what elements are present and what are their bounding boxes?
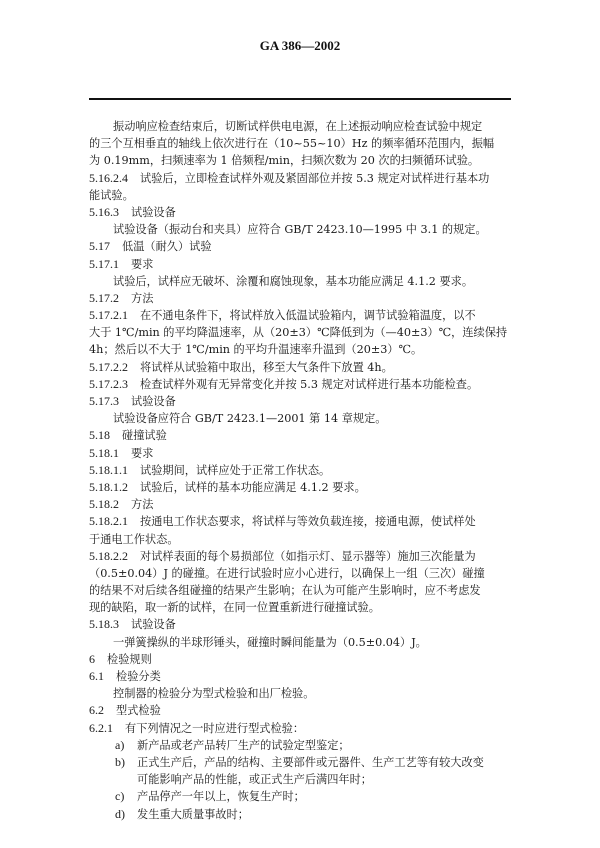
clause-number: 5.17.2.3 bbox=[89, 376, 128, 393]
clause-text: 按通电工作状态要求，将试样与等效负载连接，接通电源，使试样处 bbox=[140, 515, 476, 528]
list-item-continuation: 可能影响产品的性能，或正式生产后满四年时； bbox=[89, 771, 519, 788]
clause-heading: 5.16.2.4试验后，立即检查试样外观及紧固部位并按 5.3 规定对试样进行基… bbox=[89, 170, 519, 187]
paragraph-continuation: 4h；然后以不大于 1℃/min 的平均升温速率升温到（20±3）℃。 bbox=[89, 341, 519, 358]
clause-heading: 5.18.1要求 bbox=[89, 445, 519, 462]
list-item-marker: c) bbox=[115, 788, 137, 805]
list-item-marker: a) bbox=[115, 737, 137, 754]
clause-text: 试验设备 bbox=[131, 618, 176, 631]
line-text: 能试验。 bbox=[89, 189, 134, 202]
paragraph-continuation: 能试验。 bbox=[89, 187, 519, 204]
line-text: 4h；然后以不大于 1℃/min 的平均升温速率升温到（20±3）℃。 bbox=[89, 343, 422, 356]
list-item: a)新产品或老产品转厂生产的试验定型鉴定； bbox=[89, 737, 519, 754]
clause-text: 检验规则 bbox=[107, 653, 152, 666]
clause-heading: 5.18.2.2对试样表面的每个易损部位（如指示灯、显示器等）施加三次能量为 bbox=[89, 548, 519, 565]
clause-number: 5.17.2 bbox=[89, 290, 119, 307]
standard-code-header: GA 386—2002 bbox=[0, 38, 600, 54]
line-text: 控制器的检验分为型式检验和出厂检验。 bbox=[113, 687, 314, 700]
clause-text: 试验设备 bbox=[131, 206, 176, 219]
clause-heading: 5.18.1.2试验后，试样的基本功能应满足 4.1.2 要求。 bbox=[89, 479, 519, 496]
header-divider bbox=[89, 98, 511, 100]
paragraph-continuation: 为 0.19mm，扫频速率为 1 倍频程/min，扫频次数为 20 次的扫频循环… bbox=[89, 152, 519, 169]
paragraph-continuation: 大于 1℃/min 的平均降温速率，从（20±3）℃降低到为（—40±3）℃，连… bbox=[89, 324, 519, 341]
clause-heading: 6.2.1有下列情况之一时应进行型式检验： bbox=[89, 720, 519, 737]
clause-number: 6.2.1 bbox=[89, 720, 113, 737]
paragraph-continuation: 现的缺陷，取一新的试样，在同一位置重新进行碰撞试验。 bbox=[89, 599, 519, 616]
list-item-text: 产品停产一年以上，恢复生产时； bbox=[137, 790, 305, 803]
paragraph-line: 试验后，试样应无破坏、涂覆和腐蚀现象，基本功能应满足 4.1.2 要求。 bbox=[89, 273, 519, 290]
paragraph-line: 振动响应检查结束后，切断试样供电电源，在上述振动响应检查试验中规定 bbox=[89, 118, 519, 135]
clause-number: 5.17 bbox=[89, 238, 110, 255]
line-text: 一弹簧操纵的半球形锤头，碰撞时瞬间能量为（0.5±0.04）J。 bbox=[113, 636, 427, 649]
clause-text: 试验后，立即检查试样外观及紧固部位并按 5.3 规定对试样进行基本功 bbox=[140, 172, 489, 185]
clause-number: 5.18.2.1 bbox=[89, 513, 128, 530]
clause-number: 5.17.1 bbox=[89, 256, 119, 273]
line-text: （0.5±0.04）J 的碰撞。在进行试验时应小心进行，以确保上一组（三次）碰撞 bbox=[89, 567, 485, 580]
document-body: 振动响应检查结束后，切断试样供电电源，在上述振动响应检查试验中规定的三个互相垂直… bbox=[89, 118, 519, 823]
clause-text: 试验后，试样的基本功能应满足 4.1.2 要求。 bbox=[140, 481, 366, 494]
clause-number: 5.18.3 bbox=[89, 616, 119, 633]
clause-number: 6 bbox=[89, 651, 95, 668]
list-item-marker: b) bbox=[115, 754, 137, 771]
paragraph-line: 一弹簧操纵的半球形锤头，碰撞时瞬间能量为（0.5±0.04）J。 bbox=[89, 634, 519, 651]
line-text: 试验设备（振动台和夹具）应符合 GB/T 2423.10—1995 中 3.1 … bbox=[113, 223, 487, 236]
clause-number: 5.18.2 bbox=[89, 496, 119, 513]
line-text: 于通电工作状态。 bbox=[89, 533, 179, 546]
clause-number: 5.18 bbox=[89, 427, 110, 444]
clause-heading: 5.18.2.1按通电工作状态要求，将试样与等效负载连接，接通电源，使试样处 bbox=[89, 513, 519, 530]
line-text: 为 0.19mm，扫频速率为 1 倍频程/min，扫频次数为 20 次的扫频循环… bbox=[89, 154, 479, 167]
line-text: 大于 1℃/min 的平均降温速率，从（20±3）℃降低到为（—40±3）℃，连… bbox=[89, 326, 507, 339]
clause-text: 要求 bbox=[131, 258, 153, 271]
clause-heading: 5.18.3试验设备 bbox=[89, 616, 519, 633]
clause-number: 5.18.1.1 bbox=[89, 462, 128, 479]
clause-heading: 5.17.2.2将试样从试验箱中取出，移至大气条件下放置 4h。 bbox=[89, 359, 519, 376]
list-item-text: 新产品或老产品转厂生产的试验定型鉴定； bbox=[137, 739, 350, 752]
clause-heading: 5.18.2方法 bbox=[89, 496, 519, 513]
paragraph-continuation: 的结果不对后续各组碰撞的结果产生影响；在认为可能产生影响时，应不考虑发 bbox=[89, 582, 519, 599]
clause-text: 在不通电条件下，将试样放入低温试验箱内，调节试验箱温度，以不 bbox=[140, 309, 476, 322]
clause-number: 5.16.3 bbox=[89, 204, 119, 221]
clause-number: 5.16.2.4 bbox=[89, 170, 128, 187]
line-text: 振动响应检查结束后，切断试样供电电源，在上述振动响应检查试验中规定 bbox=[113, 120, 482, 133]
clause-text: 方法 bbox=[131, 498, 153, 511]
clause-text: 低温（耐久）试验 bbox=[122, 240, 212, 253]
paragraph-line: 试验设备应符合 GB/T 2423.1—2001 第 14 章规定。 bbox=[89, 410, 519, 427]
list-item: b)正式生产后，产品的结构、主要部件或元器件、生产工艺等有较大改变 bbox=[89, 754, 519, 771]
line-text: 现的缺陷，取一新的试样，在同一位置重新进行碰撞试验。 bbox=[89, 601, 380, 614]
clause-number: 5.17.3 bbox=[89, 393, 119, 410]
line-text: 试验后，试样应无破坏、涂覆和腐蚀现象，基本功能应满足 4.1.2 要求。 bbox=[113, 275, 473, 288]
clause-text: 有下列情况之一时应进行型式检验： bbox=[125, 722, 304, 735]
clause-heading: 5.17.2方法 bbox=[89, 290, 519, 307]
line-text: 的三个互相垂直的轴线上依次进行在（10~55~10）Hz 的频率循环范围内，振幅 bbox=[89, 137, 494, 150]
clause-heading: 5.17.2.3检查试样外观有无异常变化并按 5.3 规定对试样进行基本功能检查… bbox=[89, 376, 519, 393]
clause-heading: 5.17.3试验设备 bbox=[89, 393, 519, 410]
clause-text: 碰撞试验 bbox=[122, 429, 167, 442]
clause-text: 方法 bbox=[131, 292, 153, 305]
clause-number: 5.17.2.2 bbox=[89, 359, 128, 376]
clause-text: 试验设备 bbox=[131, 395, 176, 408]
paragraph-line: 控制器的检验分为型式检验和出厂检验。 bbox=[89, 685, 519, 702]
clause-heading: 6检验规则 bbox=[89, 651, 519, 668]
clause-number: 6.1 bbox=[89, 668, 104, 685]
paragraph-line: 试验设备（振动台和夹具）应符合 GB/T 2423.10—1995 中 3.1 … bbox=[89, 221, 519, 238]
clause-text: 要求 bbox=[131, 447, 153, 460]
clause-number: 5.18.2.2 bbox=[89, 548, 128, 565]
clause-heading: 5.17.1要求 bbox=[89, 256, 519, 273]
clause-text: 检查试样外观有无异常变化并按 5.3 规定对试样进行基本功能检查。 bbox=[140, 378, 478, 391]
list-item-text: 可能影响产品的性能，或正式生产后满四年时； bbox=[137, 773, 372, 786]
clause-number: 5.18.1.2 bbox=[89, 479, 128, 496]
paragraph-continuation: 的三个互相垂直的轴线上依次进行在（10~55~10）Hz 的频率循环范围内，振幅 bbox=[89, 135, 519, 152]
line-text: 试验设备应符合 GB/T 2423.1—2001 第 14 章规定。 bbox=[113, 412, 386, 425]
clause-text: 对试样表面的每个易损部位（如指示灯、显示器等）施加三次能量为 bbox=[140, 550, 476, 563]
clause-heading: 5.17低温（耐久）试验 bbox=[89, 238, 519, 255]
clause-number: 5.18.1 bbox=[89, 445, 119, 462]
clause-number: 6.2 bbox=[89, 702, 104, 719]
clause-text: 将试样从试验箱中取出，移至大气条件下放置 4h。 bbox=[140, 361, 393, 374]
clause-number: 5.17.2.1 bbox=[89, 307, 128, 324]
clause-heading: 6.2型式检验 bbox=[89, 702, 519, 719]
list-item-marker: d) bbox=[115, 806, 137, 823]
list-item-text: 正式生产后，产品的结构、主要部件或元器件、生产工艺等有较大改变 bbox=[137, 756, 484, 769]
list-item: c)产品停产一年以上，恢复生产时； bbox=[89, 788, 519, 805]
line-text: 的结果不对后续各组碰撞的结果产生影响；在认为可能产生影响时，应不考虑发 bbox=[89, 584, 481, 597]
list-item-text: 发生重大质量事故时； bbox=[137, 808, 249, 821]
clause-text: 试验期间，试样应处于正常工作状态。 bbox=[140, 464, 330, 477]
clause-heading: 5.18.1.1试验期间，试样应处于正常工作状态。 bbox=[89, 462, 519, 479]
clause-text: 检验分类 bbox=[116, 670, 161, 683]
clause-heading: 5.18碰撞试验 bbox=[89, 427, 519, 444]
clause-heading: 5.17.2.1在不通电条件下，将试样放入低温试验箱内，调节试验箱温度，以不 bbox=[89, 307, 519, 324]
clause-text: 型式检验 bbox=[116, 704, 161, 717]
clause-heading: 6.1检验分类 bbox=[89, 668, 519, 685]
list-item: d)发生重大质量事故时； bbox=[89, 806, 519, 823]
clause-heading: 5.16.3试验设备 bbox=[89, 204, 519, 221]
paragraph-continuation: （0.5±0.04）J 的碰撞。在进行试验时应小心进行，以确保上一组（三次）碰撞 bbox=[89, 565, 519, 582]
paragraph-continuation: 于通电工作状态。 bbox=[89, 531, 519, 548]
